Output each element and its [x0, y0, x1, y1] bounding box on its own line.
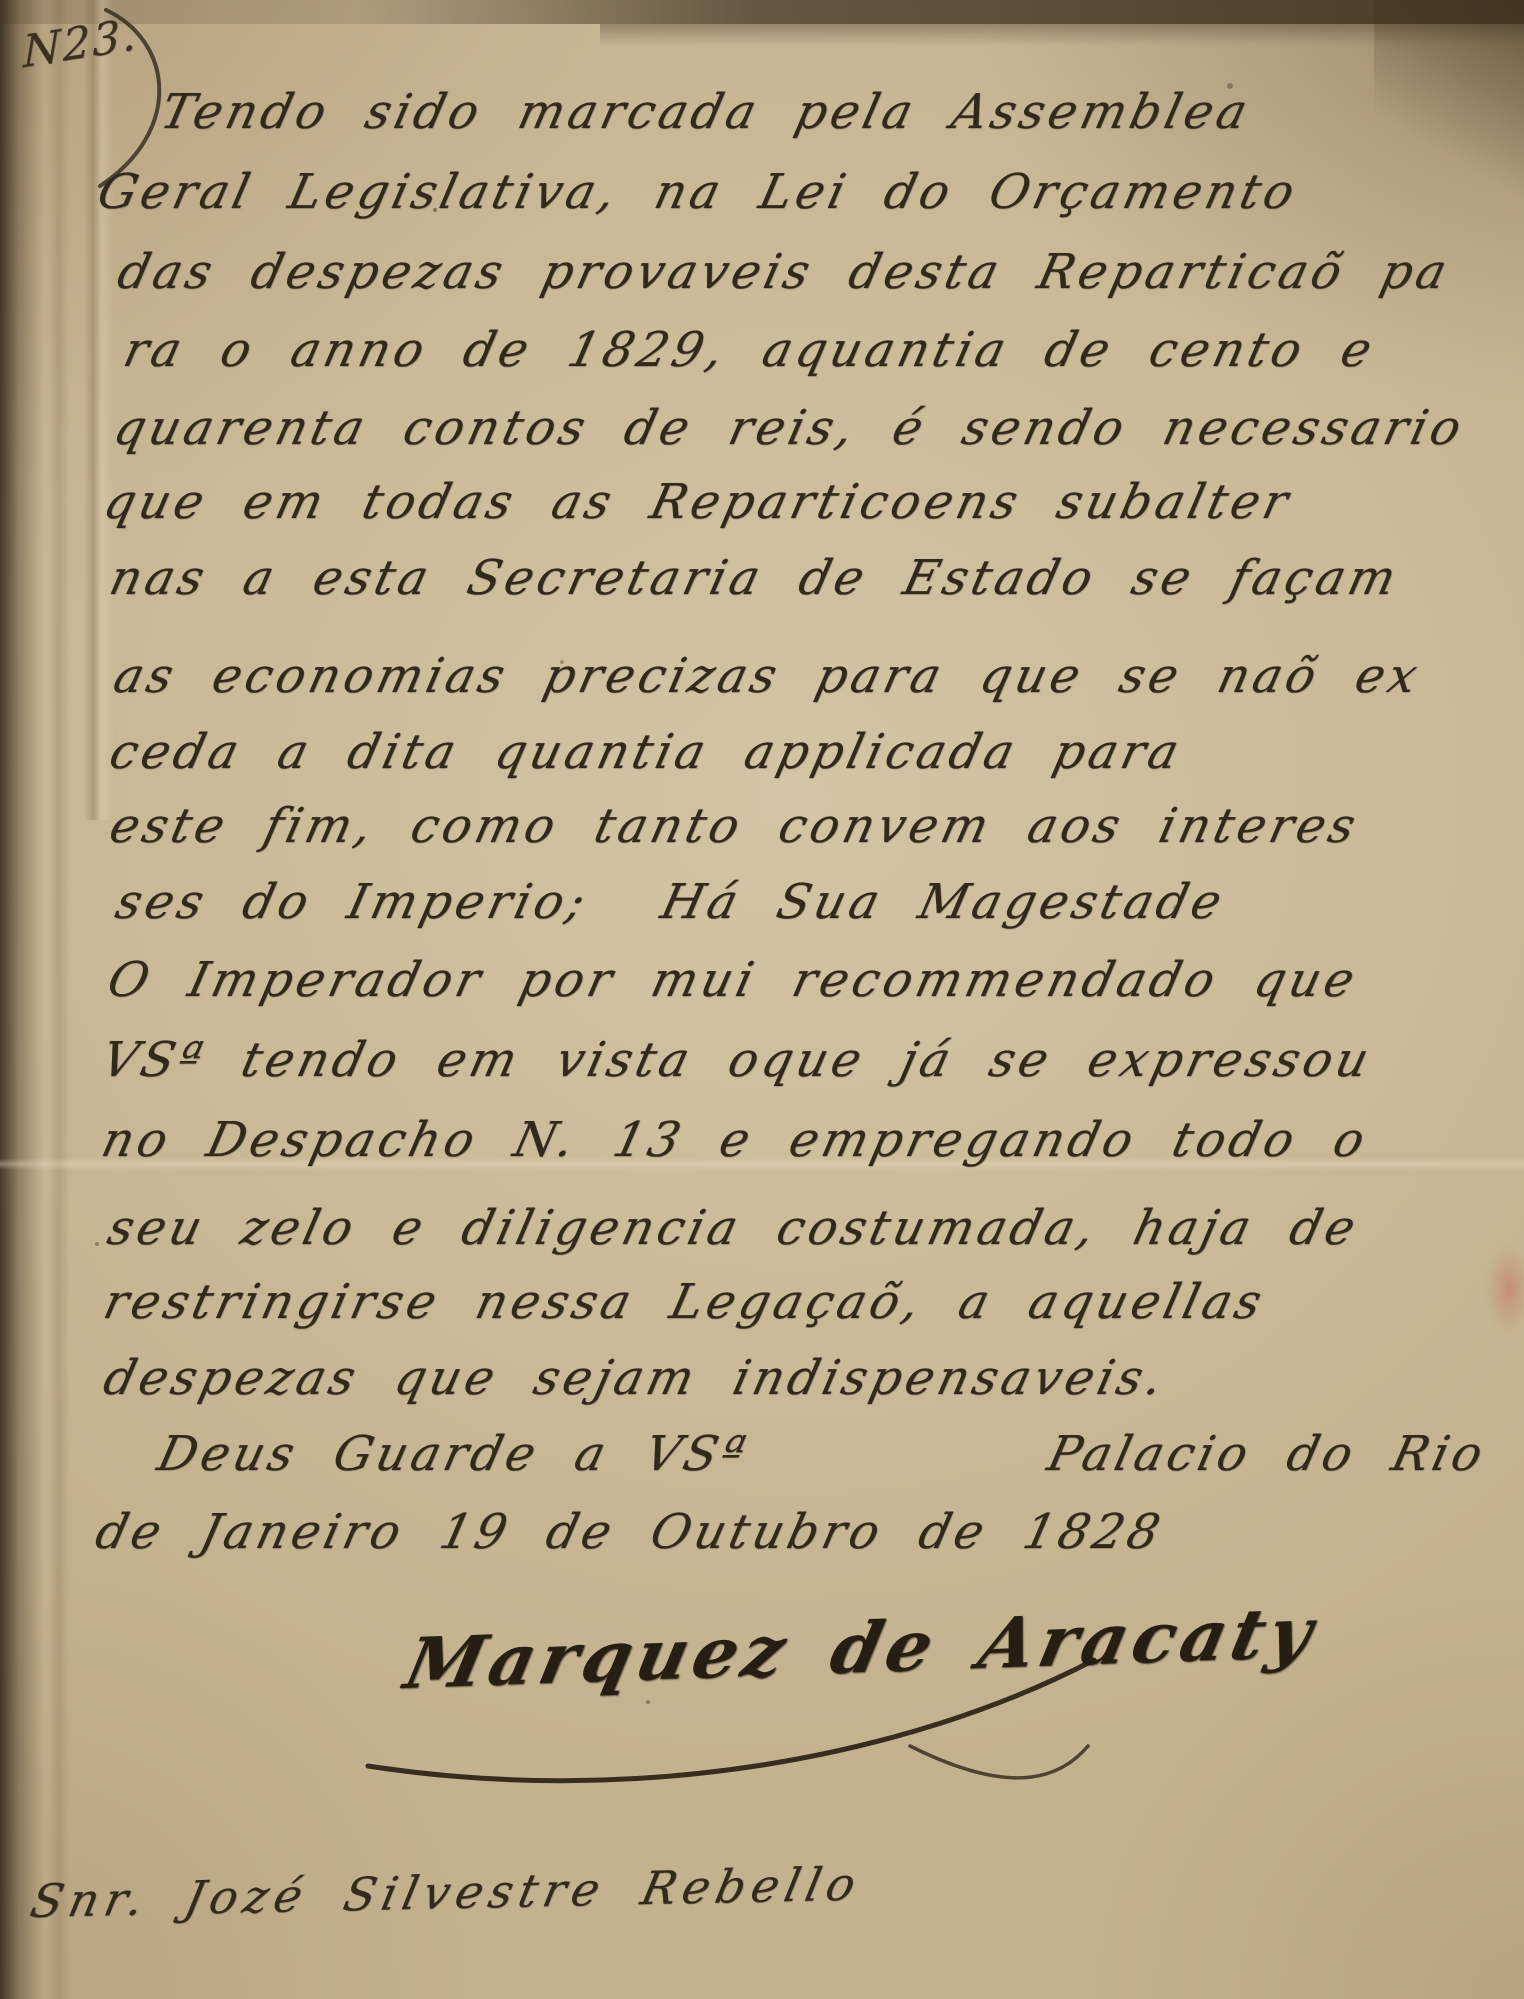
manuscript-line: Deus Guarde a VSª: [152, 1424, 755, 1484]
addressee-line: Snr. Jozé Silvestre Rebello: [26, 1857, 866, 1928]
manuscript-line: nas a esta Secretaria de Estado se façam: [104, 548, 1406, 608]
signature-flourish-stroke: [350, 1626, 1110, 1826]
manuscript-line: no Despacho N. 13 e empregando todo o: [96, 1110, 1374, 1170]
manuscript-line: seu zelo e diligencia costumada, haja de: [102, 1198, 1365, 1258]
manuscript-line: Palacio do Rio: [1042, 1424, 1492, 1484]
manuscript-line: quarenta contos de reis, é sendo necessa…: [108, 398, 1471, 458]
page-left-edge-shadow: [0, 0, 44, 1999]
manuscript-line: as economias precizas para que se naõ ex: [108, 646, 1427, 706]
manuscript-line: das despezas provaveis desta Reparticaõ …: [112, 242, 1456, 302]
page-top-edge-shadow: [0, 0, 1524, 24]
manuscript-line: Tendo sido marcada pela Assemblea: [155, 82, 1257, 142]
manuscript-line: despezas que sejam indispensaveis.: [98, 1348, 1172, 1408]
manuscript-line: Geral Legislativa, na Lei do Orçamento: [92, 162, 1304, 222]
manuscript-page: N23. Tendo sido marcada pela Assemblea G…: [0, 0, 1524, 1999]
manuscript-line: restringirse nessa Legaçaõ, a aquellas: [98, 1272, 1271, 1332]
ink-specks: [0, 0, 4, 4]
manuscript-line: este fim, como tanto convem aos interes: [104, 796, 1365, 856]
manuscript-line: ses do Imperio; Há Sua Magestade: [110, 872, 1231, 932]
manuscript-line: que em todas as Reparticoens subalter: [98, 472, 1298, 532]
red-stain: [1486, 1246, 1524, 1332]
manuscript-line: de Janeiro 19 de Outubro de 1828: [90, 1502, 1169, 1562]
binding-crease: [48, 0, 70, 1999]
manuscript-line: O Imperador por mui recommendado que: [102, 950, 1364, 1010]
manuscript-line: VSª tendo em vista oque já se expressou: [96, 1030, 1378, 1090]
manuscript-line: ra o anno de 1829, aquantia de cento e: [118, 320, 1381, 380]
manuscript-line: ceda a dita quantia applicada para: [104, 722, 1188, 782]
page-corner-shadow: [1374, 0, 1524, 200]
